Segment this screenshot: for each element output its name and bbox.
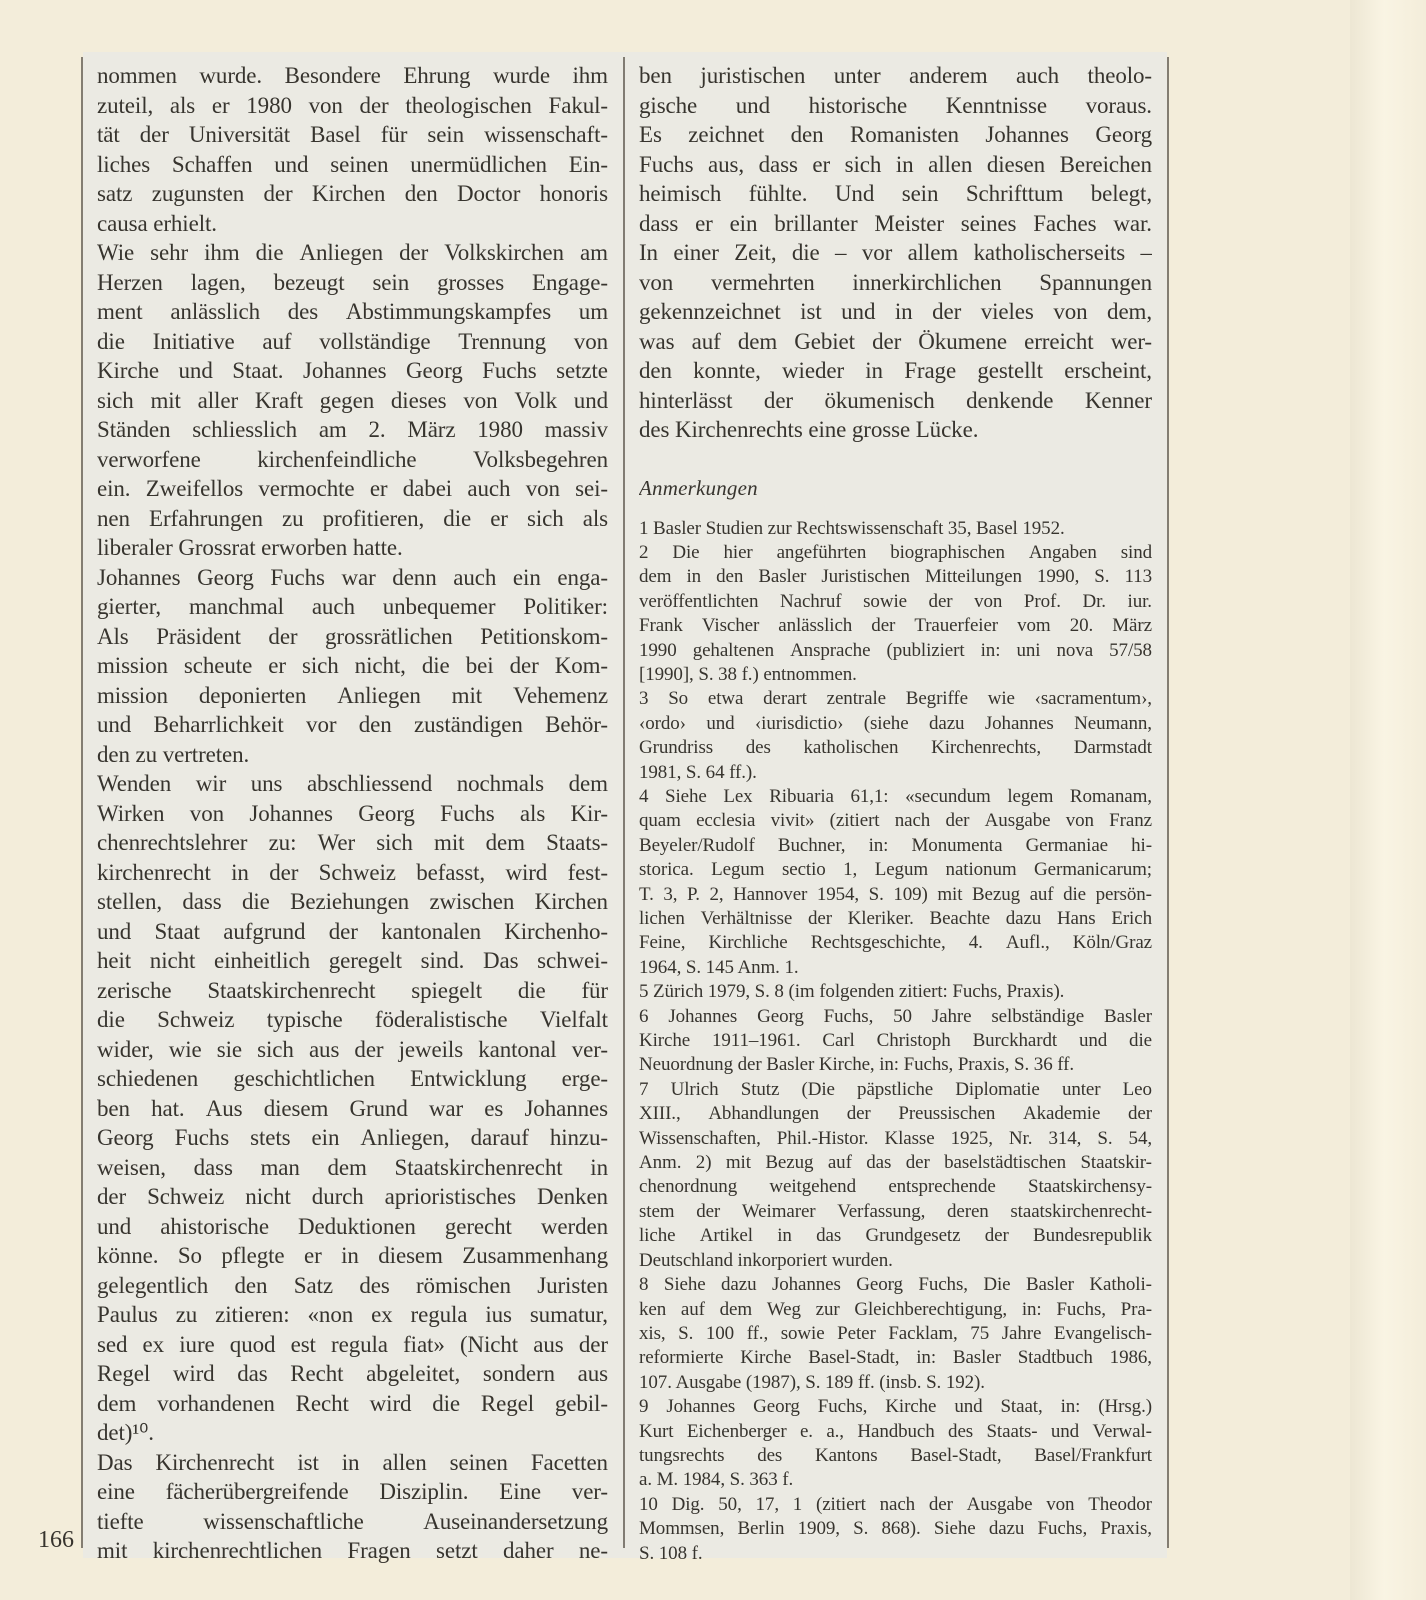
text-line: denkonnte,wiederinFragegestellterscheint… xyxy=(639,356,1152,386)
text-line: kirchenrechtinderSchweizbefasst,wirdfest… xyxy=(97,858,608,888)
text-line: heimischfühlte.UndseinSchrifttumbelegt, xyxy=(639,179,1152,209)
text-line: stemderWeimarerVerfassung,derenstaatskir… xyxy=(639,1200,1152,1224)
right-margin-rule xyxy=(1167,57,1169,1548)
text-line: DasKirchenrechtistinallenseinenFacetten xyxy=(97,1448,608,1478)
text-line: Feine,KirchlicheRechtsgeschichte,4.Aufl.… xyxy=(639,931,1152,955)
text-line: lichesSchaffenundseinenunermüdlichenEin- xyxy=(97,150,608,180)
text-line: 8SiehedazuJohannesGeorgFuchs,DieBaslerKa… xyxy=(639,1273,1152,1297)
text-line: xis,S.100ff.,sowiePeterFacklam,75JahreEv… xyxy=(639,1322,1152,1346)
scanned-book-page: nommenwurde.BesondereEhrungwurdeihmzutei… xyxy=(0,0,1426,1600)
text-line: AlsPräsidentdergrossrätlichenPetitionsko… xyxy=(97,622,608,652)
text-line: lichenVerhältnissederKleriker.Beachtedaz… xyxy=(639,907,1152,931)
text-line: EszeichnetdenRomanistenJohannesGeorg xyxy=(639,120,1152,150)
text-line: den zu vertreten. xyxy=(97,740,608,770)
text-line: KircheundStaat.JohannesGeorgFuchssetzte xyxy=(97,356,608,386)
text-line: hinterlässtderökumenischdenkendeKenner xyxy=(639,386,1152,416)
text-line: 1981, S. 64 ff.). xyxy=(639,761,1152,785)
text-line: heitnichteinheitlichgeregeltsind.Dasschw… xyxy=(97,946,608,976)
text-line: gischeundhistorischeKenntnissevoraus. xyxy=(639,91,1152,121)
text-line: benjuristischenunteranderemauchtheolo- xyxy=(639,61,1152,91)
text-line: einefächerübergreifendeDisziplin.Einever… xyxy=(97,1477,608,1507)
text-line: S. 108 f. xyxy=(639,1542,1152,1566)
text-line: vonvermehrteninnerkirchlichenSpannungen xyxy=(639,268,1152,298)
text-line: Ständenschliesslicham2.März1980massiv xyxy=(97,415,608,445)
text-line: 6JohannesGeorgFuchs,50JahreselbständigeB… xyxy=(639,1005,1152,1029)
text-line: undBeharrlichkeitvordenzuständigenBehör- xyxy=(97,710,608,740)
text-line: sedexiurequodestregulafiat»(Nichtausder xyxy=(97,1330,608,1360)
text-line: KurtEichenbergere.a.,HandbuchdesStaats-u… xyxy=(639,1420,1152,1444)
text-line: nenErfahrungenzuprofitieren,dieersichals xyxy=(97,504,608,534)
text-line: zerischeStaatskirchenrechtspiegeltdiefür xyxy=(97,976,608,1006)
text-line: tungsrechtsdesKantonsBasel-Stadt,Basel/F… xyxy=(639,1444,1152,1468)
text-line: benhat.AusdiesemGrundwaresJohannes xyxy=(97,1094,608,1124)
page-number: 166 xyxy=(26,1526,74,1554)
text-line: 1990gehaltenenAnsprache(publiziertin:uni… xyxy=(639,639,1152,663)
text-line: Mommsen,Berlin1909,S.868).SiehedazuFuchs… xyxy=(639,1517,1152,1541)
text-line: RegelwirddasRechtabgeleitet,sondernaus xyxy=(97,1359,608,1389)
text-line: missionscheuteersichnicht,diebeiderKom- xyxy=(97,651,608,681)
text-line: [1990], S. 38 f.) entnommen. xyxy=(639,663,1152,687)
text-line: 7UlrichStutz(DiepäpstlicheDiplomatieunte… xyxy=(639,1078,1152,1102)
text-line: undStaataufgrundderkantonalenKirchenho- xyxy=(97,917,608,947)
text-line: quamecclesiavivit»(zitiertnachderAusgabe… xyxy=(639,809,1152,833)
text-line: XIII.,AbhandlungenderPreussischenAkademi… xyxy=(639,1102,1152,1126)
text-line: chenordnungweitgehendentsprechendeStaats… xyxy=(639,1175,1152,1199)
text-line: wasaufdemGebietderÖkumeneerreichtwer- xyxy=(639,327,1152,357)
text-line: des Kirchenrechts eine grosse Lücke. xyxy=(639,415,1152,445)
text-line: a. M. 1984, S. 363 f. xyxy=(639,1468,1152,1492)
text-line: zuteil,alser1980vondertheologischenFakul… xyxy=(97,91,608,121)
text-line: weisen,dassmandemStaatskirchenrechtin xyxy=(97,1153,608,1183)
text-line: WiesehrihmdieAnliegenderVolkskirchenam xyxy=(97,238,608,268)
text-line: missiondeponiertenAnliegenmitVehemenz xyxy=(97,681,608,711)
text-line: 5 Zürich 1979, S. 8 (im folgenden zitier… xyxy=(639,980,1152,1004)
text-line: tieftewissenschaftlicheAuseinandersetzun… xyxy=(97,1507,608,1537)
text-line: 2DiehierangeführtenbiographischenAngaben… xyxy=(639,541,1152,565)
text-line: Fuchsaus,dassersichinallendiesenBereiche… xyxy=(639,150,1152,180)
text-line: dassereinbrillanterMeisterseinesFacheswa… xyxy=(639,209,1152,239)
text-line: Kirche1911–1961.CarlChristophBurckhardtu… xyxy=(639,1029,1152,1053)
text-line: 107. Ausgabe (1987), S. 189 ff. (insb. S… xyxy=(639,1371,1152,1395)
text-line: Deutschland inkorporiert wurden. xyxy=(639,1249,1152,1273)
text-line: reformierteKircheBasel-Stadt,in:BaslerSt… xyxy=(639,1346,1152,1370)
text-line: Beyeler/RudolfBuchner,in:MonumentaGerman… xyxy=(639,834,1152,858)
text-line: wider,wiesiesichausderjeweilskantonalver… xyxy=(97,1035,608,1065)
text-line: ‹ordo›und‹iurisdictio›(siehedazuJohannes… xyxy=(639,712,1152,736)
text-line: ein.Zweifellosvermochteerdabeiauchvonsei… xyxy=(97,474,608,504)
page-edge-shading xyxy=(1350,0,1426,1600)
text-line: demindenBaslerJuristischenMitteilungen19… xyxy=(639,565,1152,589)
text-line: Wissenschaften,Phil.-Histor.Klasse1925,N… xyxy=(639,1127,1152,1151)
text-line: verworfenekirchenfeindlicheVolksbegehren xyxy=(97,445,608,475)
text-line: sichmitallerKraftgegendiesesvonVolkund xyxy=(97,386,608,416)
text-line: 10Dig.50,17,1(zitiertnachderAusgabevonTh… xyxy=(639,1493,1152,1517)
text-line: gierter,manchmalauchunbequemerPolitiker: xyxy=(97,592,608,622)
text-line: Anm.2)mitBezugaufdasderbaselstädtischenS… xyxy=(639,1151,1152,1175)
text-line: Wendenwirunsabschliessendnochmalsdem xyxy=(97,769,608,799)
footnotes-heading: Anmerkungen xyxy=(639,473,1152,503)
text-line: schiedenengeschichtlichenEntwicklungerge… xyxy=(97,1064,608,1094)
text-line: 1964, S. 145 Anm. 1. xyxy=(639,956,1152,980)
text-line: storica.Legumsectio1,LegumnationumGerman… xyxy=(639,858,1152,882)
text-line: satzzugunstenderKirchendenDoctorhonoris xyxy=(97,179,608,209)
text-line: dieSchweiztypischeföderalistischeVielfal… xyxy=(97,1005,608,1035)
text-line: IneinerZeit,die–vorallemkatholischerseit… xyxy=(639,238,1152,268)
text-line: mitkirchenrechtlichenFragensetztdaherne- xyxy=(97,1536,608,1566)
right-column-body-text: benjuristischenunteranderemauchtheolo-gi… xyxy=(639,61,1152,445)
text-line: liberaler Grossrat erworben hatte. xyxy=(97,533,608,563)
text-line: det)¹⁰. xyxy=(97,1418,608,1448)
text-line: licheArtikelindasGrundgesetzderBundesrep… xyxy=(639,1224,1152,1248)
footnotes-list: 1 Basler Studien zur Rechtswissenschaft … xyxy=(639,517,1152,1566)
text-line: kenaufdemWegzurGleichberechtigung,in:Fuc… xyxy=(639,1298,1152,1322)
text-line: undahistorischeDeduktionengerechtwerden xyxy=(97,1212,608,1242)
text-line: GrundrissdeskatholischenKirchenrechts,Da… xyxy=(639,736,1152,760)
left-margin-rule xyxy=(81,57,83,1548)
text-line: demvorhandenenRechtwirddieRegelgebil- xyxy=(97,1389,608,1419)
text-line: mentanlässlichdesAbstimmungskampfesum xyxy=(97,297,608,327)
text-line: gekennzeichnetistundindervielesvondem, xyxy=(639,297,1152,327)
text-line: stellen,dassdieBeziehungenzwischenKirche… xyxy=(97,887,608,917)
text-line: gelegentlichdenSatzdesrömischenJuristen xyxy=(97,1271,608,1301)
text-line: nommenwurde.BesondereEhrungwurdeihm xyxy=(97,61,608,91)
text-line: 4SieheLexRibuaria61,1:«secundumlegemRoma… xyxy=(639,785,1152,809)
left-text-column: nommenwurde.BesondereEhrungwurdeihmzutei… xyxy=(97,61,608,1566)
text-line: GeorgFuchsstetseinAnliegen,daraufhinzu- xyxy=(97,1123,608,1153)
text-line: chenrechtslehrerzu:WersichmitdemStaats- xyxy=(97,828,608,858)
text-line: dieInitiativeaufvollständigeTrennungvon xyxy=(97,327,608,357)
text-line: 3SoetwaderartzentraleBegriffewie‹sacrame… xyxy=(639,687,1152,711)
text-line: FrankVischeranlässlichderTrauerfeiervom2… xyxy=(639,614,1152,638)
text-line: Herzenlagen,bezeugtseingrossesEngage- xyxy=(97,268,608,298)
text-line: derSchweiznichtdurchaprioristischesDenke… xyxy=(97,1182,608,1212)
text-line: WirkenvonJohannesGeorgFuchsalsKir- xyxy=(97,799,608,829)
column-divider-rule xyxy=(623,57,625,1548)
text-line: tätderUniversitätBaselfürseinwissenschaf… xyxy=(97,120,608,150)
right-text-column: benjuristischenunteranderemauchtheolo-gi… xyxy=(639,61,1152,1566)
text-line: Neuordnung der Basler Kirche, in: Fuchs,… xyxy=(639,1053,1152,1077)
text-line: causa erhielt. xyxy=(97,209,608,239)
text-line: T.3,P.2,Hannover1954,S.109)mitBezugaufdi… xyxy=(639,883,1152,907)
text-line: JohannesGeorgFuchswardennaucheinenga- xyxy=(97,563,608,593)
text-line: könne.SopflegteerindiesemZusammenhang xyxy=(97,1241,608,1271)
text-line: veröffentlichtenNachrufsowiedervonProf.D… xyxy=(639,590,1152,614)
text-line: 1 Basler Studien zur Rechtswissenschaft … xyxy=(639,517,1152,541)
text-line: 9JohannesGeorgFuchs,KircheundStaat,in:(H… xyxy=(639,1395,1152,1419)
text-line: Pauluszuzitieren:«nonexregulaiussumatur, xyxy=(97,1300,608,1330)
